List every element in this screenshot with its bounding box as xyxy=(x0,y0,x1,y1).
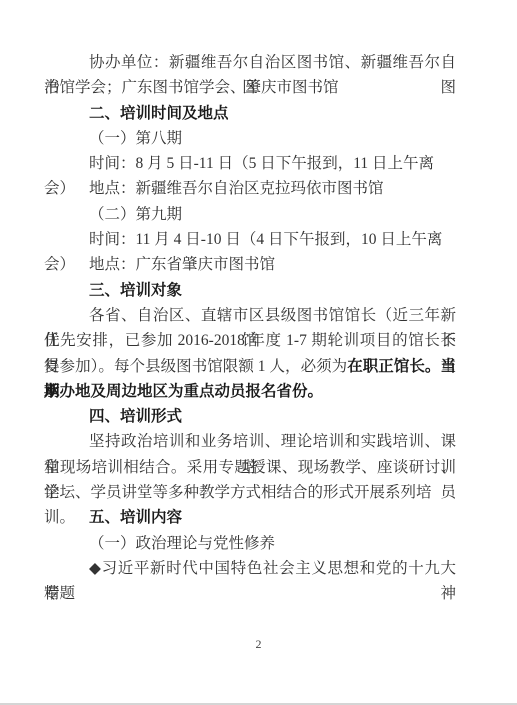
line-session-8-title: （一）第八期 xyxy=(44,126,456,151)
heading-section-2: 二、培训时间及地点 xyxy=(44,101,456,126)
line-session-9-title: （二）第九期 xyxy=(44,202,456,227)
line-session-8-venue: 地点：新疆维吾尔自治区克拉玛依市图书馆 xyxy=(44,176,456,201)
line-session-9-venue: 地点：广东省肇庆市图书馆 xyxy=(44,252,456,277)
line-trainees-3: 复参加）。每个县级图书馆限额 1 人，必须为在职正馆长。当期 xyxy=(44,354,456,379)
heading-section-3: 三、培训对象 xyxy=(44,278,456,303)
heading-section-5: 五、培训内容 xyxy=(44,505,456,530)
line-format-3: 论坛、学员讲堂等多种教学方式相结合的形式开展系列培训。 xyxy=(44,480,456,505)
line-session-8-time: 时间：8 月 5 日-11 日（5 日下午报到，11 日上午离会） xyxy=(44,151,456,176)
page-number: 2 xyxy=(0,637,517,652)
line-trainees-1: 各省、自治区、直辖市区县级图书馆馆长（近三年新任馆长 xyxy=(44,303,456,328)
line-content-topic: ◆习近平新时代中国特色社会主义思想和党的十九大精神 xyxy=(44,556,456,581)
line-trainees-4: 承办地及周边地区为重点动员报名省份。 xyxy=(44,379,456,404)
line-co-organizer-1: 协办单位：新疆维吾尔自治区图书馆、新疆维吾尔自治区图 xyxy=(44,50,456,75)
line-format-1: 坚持政治培训和业务培训、理论培训和实践培训、课堂培训 xyxy=(44,429,456,454)
heading-section-4: 四、培训形式 xyxy=(44,404,456,429)
line-trainees-2: 优先安排，已参加 2016-2018 年度 1-7 期轮训项目的馆长不得重 xyxy=(44,328,456,353)
diamond-bullet-icon: ◆ xyxy=(89,560,102,577)
line-session-9-time: 时间：11 月 4 日-10 日（4 日下午报到，10 日上午离会） xyxy=(44,227,456,252)
line-content-category: （一）政治理论与党性修养 xyxy=(44,531,456,556)
line-content-topic-text: 习近平新时代中国特色社会主义思想和党的十九大精神 xyxy=(44,560,456,602)
line-format-2: 和现场培训相结合。采用专题授课、现场教学、座谈研讨、学员 xyxy=(44,455,456,480)
line-trainees-3-normal: 复参加）。每个县级图书馆限额 1 人，必须为 xyxy=(44,358,347,375)
document-body: 协办单位：新疆维吾尔自治区图书馆、新疆维吾尔自治区图 书馆学会；广东图书馆学会、… xyxy=(44,50,456,607)
